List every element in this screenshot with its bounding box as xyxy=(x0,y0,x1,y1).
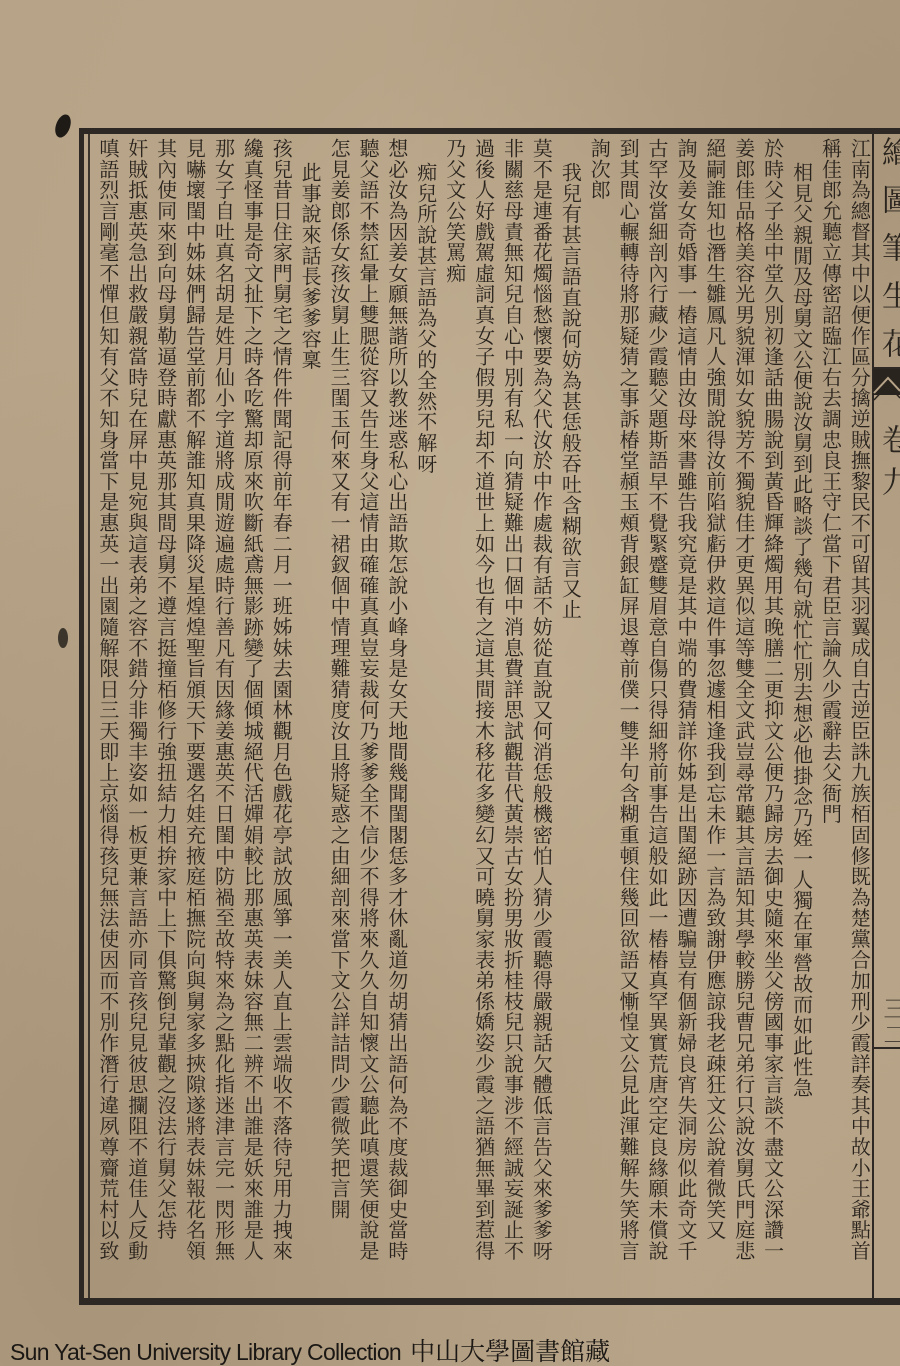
frame-border-bottom xyxy=(79,1298,900,1305)
text-column: 古罕汝當細剖內行藏少霞聽父題斯語早不覺緊蹙雙眉意自傷只得細將前事告這般如此一樁樁… xyxy=(642,134,671,1298)
frame-inner-line xyxy=(88,134,90,1298)
text-column: 莫不是連番花燭惱愁懷要為父代汝於中作處裁有話不妨從直說又何消恁般機密怕人猜少霞聽… xyxy=(527,134,556,1298)
text-column: 怎見姜郎係女孩汝舅止生三閨玉何來又有一裙釵個中情理難猜度汝且將疑惑之由細剖來當下… xyxy=(324,134,353,1298)
book-title: 繪圖筆生花 xyxy=(877,136,900,376)
collection-credit-english: Sun Yat-Sen University Library Collectio… xyxy=(10,1339,401,1365)
text-column: 乃父文公笑罵痴 xyxy=(440,134,469,1298)
margin-rule xyxy=(873,1047,900,1049)
text-column: 稱佳郎允聽立傳密詔臨江右去調忠良王守仁當下君臣言論久少霞辭去父衙門 xyxy=(816,134,845,1298)
text-column: 其內使同來到向母舅勒逼登時獻惠英那其間母舅不遵言挺撞栢修行強扭結力相拚家中上下俱… xyxy=(151,134,180,1298)
page-text-body: 江南為總督其中以便作區分擒逆賊撫黎民不可留其羽翼成自古逆臣誅九族栢固修既為楚黨合… xyxy=(91,134,874,1298)
binding-hole xyxy=(58,628,68,648)
text-column: 過後人好戲駕虛詞真女子假男兒却不道世上如今也有之這其間接木移花多變幻又可曉舅家表… xyxy=(469,134,498,1298)
binding-hole xyxy=(52,112,73,139)
text-column: 我兒有甚言語直說何妨為甚恁般吞吐含糊欲言又止 xyxy=(555,134,584,1298)
text-column: 於時父子坐中堂久別初逢話曲腸說到黃昏輝絳燭用其晚膳二更抑文公便乃歸房去御史隨來坐… xyxy=(758,134,787,1298)
text-column: 到其間心輾轉待將那疑猜之事訴椿堂頳玉頰背銀缸屏退尊前僕一雙半句含糊重頓住幾回欲語… xyxy=(613,134,642,1298)
volume-label: 卷九 xyxy=(877,424,900,508)
text-column: 那女子自吐真名胡是姓月仙小字道將成閒遊遍處時行善凡有因緣姜惠英不日閨中防禍至故特… xyxy=(209,134,238,1298)
text-column: 孩兒昔日住家門舅宅之情件件聞記得前年春二月一班姊妹去園林觀月色戲花亭試放風箏一美… xyxy=(266,134,295,1298)
collection-credit-chinese: 中山大學圖書館藏 xyxy=(410,1337,610,1366)
text-column: 奸賊抵惠英急出救嚴親當時兒在屏中見宛與這表弟之容不錯分非獨丰姿如一板更兼言語亦同… xyxy=(122,134,151,1298)
text-column: 見嚇壞閨中姊妹們歸告堂前都不解誰知真果降災星煌煌聖旨頒天下要選名娃充掖庭栢撫院向… xyxy=(180,134,209,1298)
text-column: 非關慈母責無知兒自心中別有私一向猜疑難出口個中消息費詳思試觀昔代黃崇古女扮男妝折… xyxy=(498,134,527,1298)
collection-credit: Sun Yat-Sen University Library Collectio… xyxy=(10,1332,610,1362)
text-column: 江南為總督其中以便作區分擒逆賊撫黎民不可留其羽翼成自古逆臣誅九族栢固修既為楚黨合… xyxy=(844,134,873,1298)
frame-border-left xyxy=(79,128,84,1305)
text-column: 此事說來話長爹爹容稟 xyxy=(295,134,324,1298)
text-column: 詢次郎 xyxy=(584,134,613,1298)
text-column: 想必汝為因姜女願無諧所以教迷惑私心出語欺怎說小峰身是女天地間幾聞閨閣恁多才休亂道… xyxy=(382,134,411,1298)
fishtail-ornament-icon xyxy=(873,369,900,401)
text-column: 絕嗣誰知也潛生雛鳳凡人強閒說得汝前陷獄虧伊救這件事忽遽相逢我到忘未作一言為致謝伊… xyxy=(700,134,729,1298)
text-column: 姜郎佳品格美容光男貌渾如女貌芳不獨貌佳才更異似這等雙全文武豈尋常聽其言語知其學較… xyxy=(729,134,758,1298)
text-column: 纔真怪事是奇文扯下之時各吃驚却原來吹斷紙鳶無影跡變了個傾城絕代活嬋娟較比那惠英表… xyxy=(237,134,266,1298)
text-column: 聽父語不禁紅暈上雙腮從容又告生身父這情由確確真真豈妄裁何乃爹爹全不信少不得將來久… xyxy=(353,134,382,1298)
text-column: 相見父親閒及母舅文公便說汝舅到此略談了幾句就忙忙別去想必他掛念乃姪一人獨在軍營故… xyxy=(787,134,816,1298)
text-column: 詢及姜女奇婚事一樁這情由汝母來書雖告我究竟是其中端的費猜詳你姊是出閨絕跡因遭騙豈… xyxy=(671,134,700,1298)
page-number: 三二 xyxy=(878,996,900,1048)
text-column: 嗔語烈言剛毫不憚但知有父不知身當下是惠英一出園隨解限日三天即上京惱得孩兒無法使因… xyxy=(93,134,122,1298)
text-column: 痴兒所說甚言語為父的全然不解呀 xyxy=(411,134,440,1298)
